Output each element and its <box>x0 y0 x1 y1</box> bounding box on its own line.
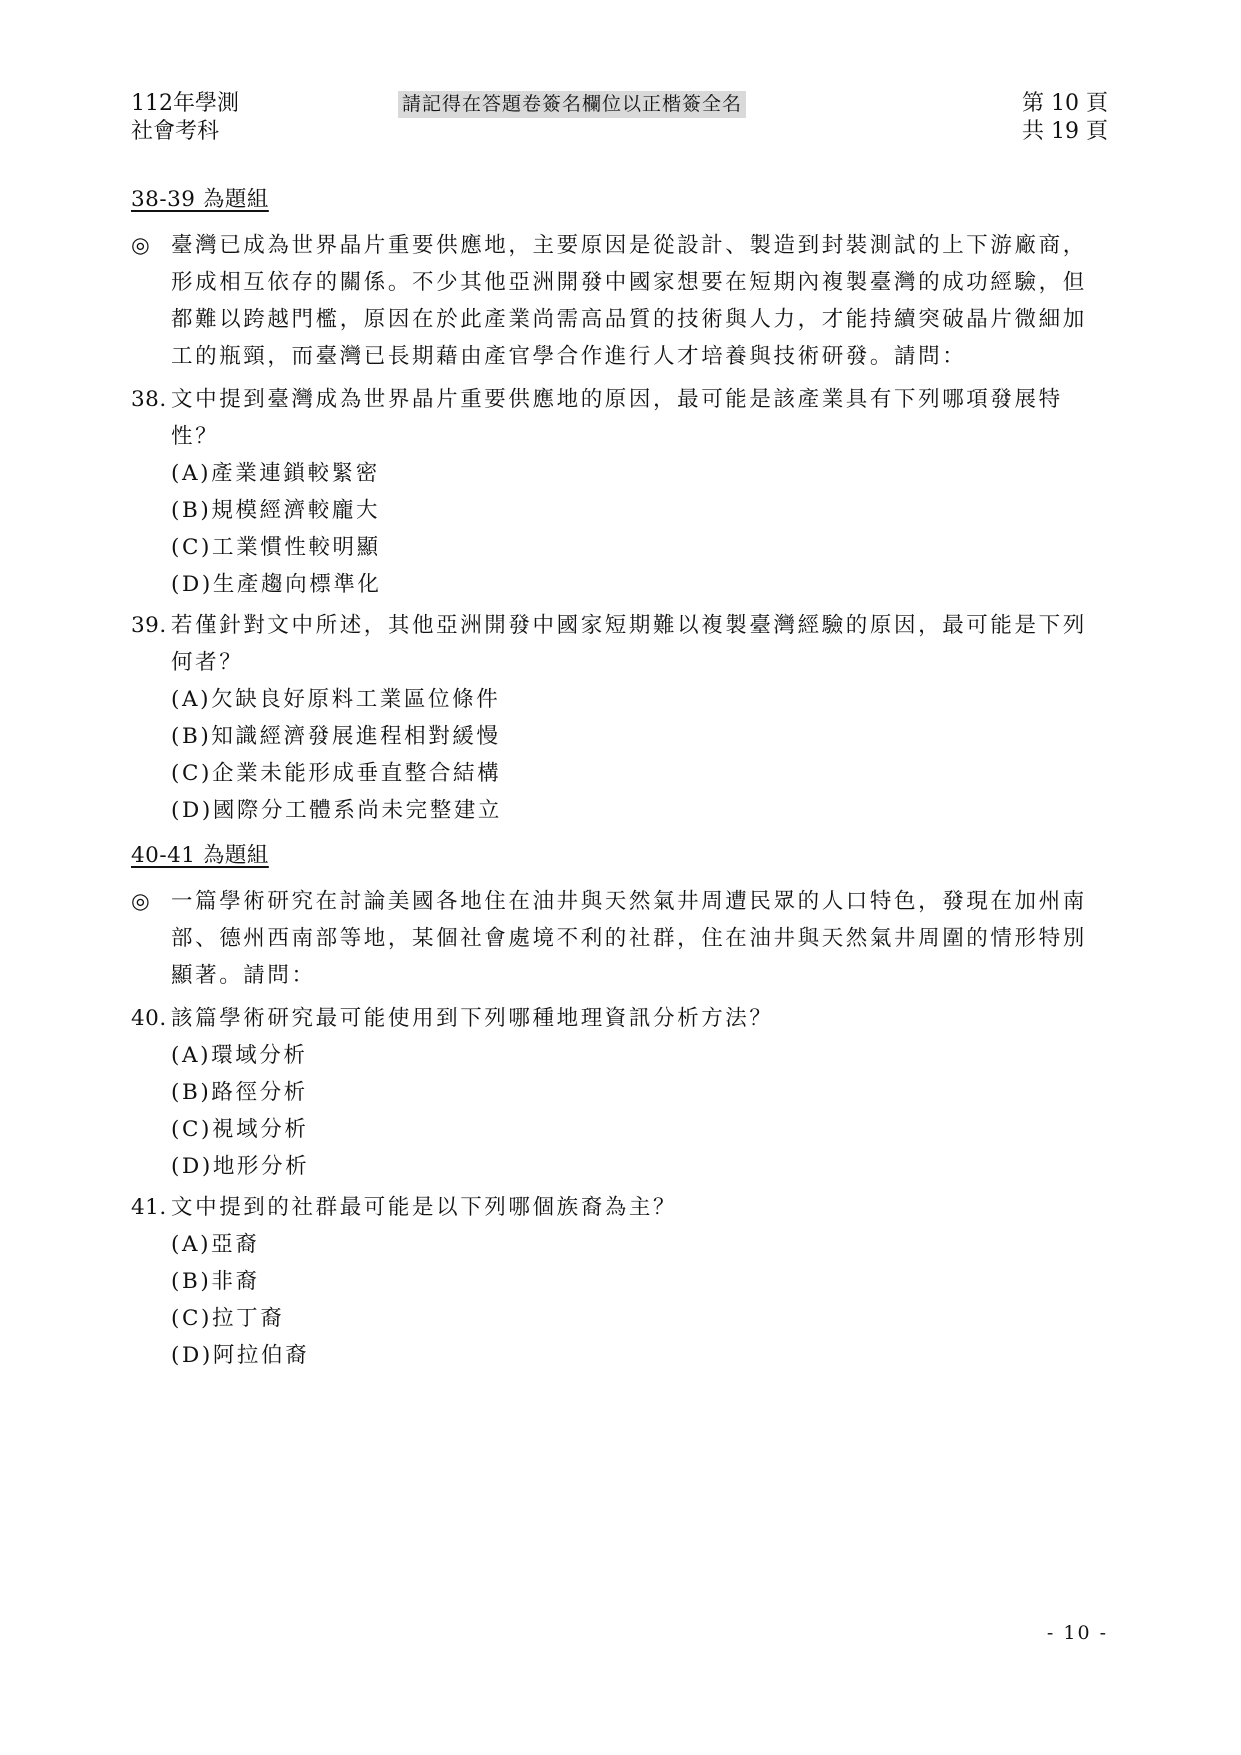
header-left: 112年學測 社會考科 <box>131 90 239 146</box>
current-page: 第 10 頁 <box>1022 90 1108 118</box>
group-title: 40-41 為題組 <box>131 841 269 871</box>
question-group: 40-41 為題組 ◎ 一篇學術研究在討論美國各地住在油井與天然氣井周遭民眾的人… <box>131 841 1109 1374</box>
question-number: 41. <box>131 1189 167 1226</box>
question-number: 40. <box>131 1000 167 1037</box>
question-group: 38-39 為題組 ◎ 臺灣已成為世界晶片重要供應地，主要原因是從設計、製造到封… <box>131 185 1109 829</box>
question-41: 41. 文中提到的社群最可能是以下列哪個族裔為主？ <box>131 1189 1109 1226</box>
option-c: (C)拉丁裔 <box>171 1300 1109 1337</box>
header-right: 第 10 頁 共 19 頁 <box>1022 90 1108 146</box>
group-intro: ◎ 臺灣已成為世界晶片重要供應地，主要原因是從設計、製造到封裝測試的上下游廠商，… <box>131 227 1109 375</box>
spacer <box>131 833 1109 841</box>
question-number: 38. <box>131 381 167 418</box>
option-b: (B)路徑分析 <box>171 1074 1109 1111</box>
question-39: 39. 若僅針對文中所述，其他亞洲開發中國家短期難以複製臺灣經驗的原因，最可能是… <box>131 607 1109 681</box>
double-circle-icon: ◎ <box>131 883 150 920</box>
option-d: (D)生產趨向標準化 <box>171 566 1109 603</box>
options-39: (A)欠缺良好原料工業區位條件 (B)知識經濟發展進程相對緩慢 (C)企業未能形… <box>131 681 1109 829</box>
option-c: (C)工業慣性較明顯 <box>171 529 1109 566</box>
intro-text: 臺灣已成為世界晶片重要供應地，主要原因是從設計、製造到封裝測試的上下游廠商，形成… <box>171 233 1087 369</box>
option-d: (D)地形分析 <box>171 1148 1109 1185</box>
options-38: (A)產業連鎖較緊密 (B)規模經濟較龐大 (C)工業慣性較明顯 (D)生產趨向… <box>131 455 1109 603</box>
option-b: (B)知識經濟發展進程相對緩慢 <box>171 718 1109 755</box>
group-title: 38-39 為題組 <box>131 185 269 215</box>
question-38: 38. 文中提到臺灣成為世界晶片重要供應地的原因，最可能是該產業具有下列哪項發展… <box>131 381 1109 455</box>
exam-year: 112年學測 <box>131 90 239 118</box>
intro-text: 一篇學術研究在討論美國各地住在油井與天然氣井周遭民眾的人口特色，發現在加州南部、… <box>171 889 1087 988</box>
options-40: (A)環域分析 (B)路徑分析 (C)視域分析 (D)地形分析 <box>131 1037 1109 1185</box>
exam-subject: 社會考科 <box>131 118 239 146</box>
question-number: 39. <box>131 607 167 644</box>
option-a: (A)亞裔 <box>171 1226 1109 1263</box>
double-circle-icon: ◎ <box>131 227 150 264</box>
options-41: (A)亞裔 (B)非裔 (C)拉丁裔 (D)阿拉伯裔 <box>131 1226 1109 1374</box>
option-a: (A)環域分析 <box>171 1037 1109 1074</box>
option-c: (C)企業未能形成垂直整合結構 <box>171 755 1109 792</box>
question-40: 40. 該篇學術研究最可能使用到下列哪種地理資訊分析方法？ <box>131 1000 1109 1037</box>
option-a: (A)產業連鎖較緊密 <box>171 455 1109 492</box>
total-pages: 共 19 頁 <box>1022 118 1108 146</box>
question-text: 若僅針對文中所述，其他亞洲開發中國家短期難以複製臺灣經驗的原因，最可能是下列何者… <box>171 613 1087 675</box>
page-number: - 10 - <box>1047 1622 1108 1644</box>
option-b: (B)非裔 <box>171 1263 1109 1300</box>
option-c: (C)視域分析 <box>171 1111 1109 1148</box>
exam-content: 38-39 為題組 ◎ 臺灣已成為世界晶片重要供應地，主要原因是從設計、製造到封… <box>131 185 1109 1378</box>
question-text: 該篇學術研究最可能使用到下列哪種地理資訊分析方法？ <box>171 1006 774 1031</box>
option-d: (D)阿拉伯裔 <box>171 1337 1109 1374</box>
option-a: (A)欠缺良好原料工業區位條件 <box>171 681 1109 718</box>
question-text: 文中提到的社群最可能是以下列哪個族裔為主？ <box>171 1195 677 1220</box>
option-d: (D)國際分工體系尚未完整建立 <box>171 792 1109 829</box>
question-text: 文中提到臺灣成為世界晶片重要供應地的原因，最可能是該產業具有下列哪項發展特性？ <box>171 387 1063 449</box>
group-intro: ◎ 一篇學術研究在討論美國各地住在油井與天然氣井周遭民眾的人口特色，發現在加州南… <box>131 883 1109 994</box>
signature-notice: 請記得在答題卷簽名欄位以正楷簽全名 <box>398 91 746 118</box>
option-b: (B)規模經濟較龐大 <box>171 492 1109 529</box>
